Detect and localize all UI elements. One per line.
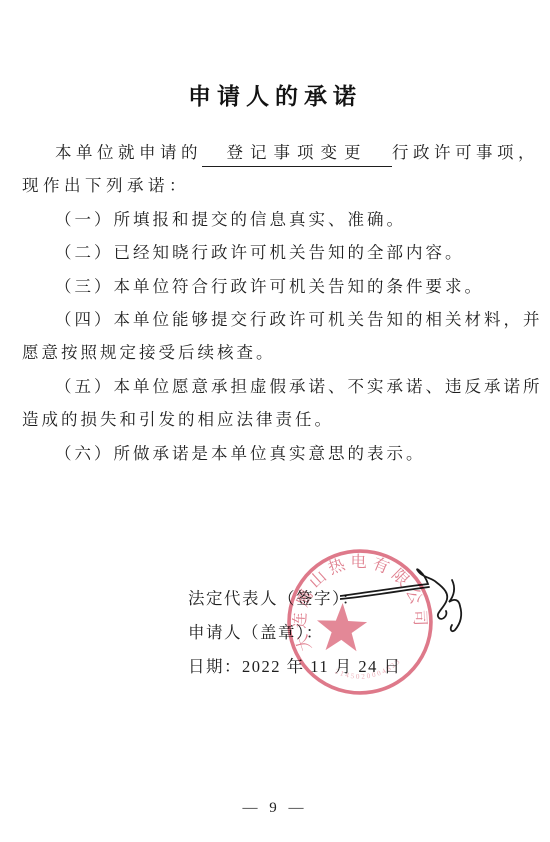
- page-title: 申请人的承诺: [0, 78, 550, 111]
- signature-block: 法定代表人（签字）： 申请人（盖章）： 日期：2022 年 11 月 24 日: [188, 582, 402, 684]
- commitment-item-5: （五）本单位愿意承担虚假承诺、不实承诺、违反承诺所: [22, 370, 528, 403]
- document-page: 申请人的承诺 本单位就申请的登记事项变更行政许可事项， 现作出下列承诺： （一）…: [0, 0, 550, 842]
- signature-stroke-flick: [449, 580, 461, 631]
- filled-blank-permit-type: 登记事项变更: [202, 140, 392, 167]
- commitment-item-2: （二）已经知晓行政许可机关告知的全部内容。: [22, 236, 528, 269]
- intro-pre-text: 本单位就申请的: [55, 143, 202, 162]
- commitment-item-4-wrap: 愿意按照规定接受后续核查。: [22, 336, 528, 369]
- intro-line-2: 现作出下列承诺：: [22, 169, 528, 202]
- document-body: 本单位就申请的登记事项变更行政许可事项， 现作出下列承诺： （一）所填报和提交的…: [22, 136, 528, 470]
- date-line: 日期：2022 年 11 月 24 日: [188, 650, 402, 684]
- applicant-seal-label: 申请人（盖章）：: [188, 616, 402, 650]
- commitment-item-6: （六）所做承诺是本单位真实意思的表示。: [22, 437, 528, 470]
- commitment-item-3: （三）本单位符合行政许可机关告知的条件要求。: [22, 270, 528, 303]
- commitment-item-5-wrap: 造成的损失和引发的相应法律责任。: [22, 403, 528, 436]
- legal-representative-signature-label: 法定代表人（签字）：: [188, 582, 402, 616]
- page-number: — 9 —: [0, 800, 550, 817]
- intro-post-text: 行政许可事项，: [392, 143, 539, 162]
- commitment-item-1: （一）所填报和提交的信息真实、准确。: [22, 203, 528, 236]
- intro-line: 本单位就申请的登记事项变更行政许可事项，: [22, 136, 528, 169]
- commitment-item-4: （四）本单位能够提交行政许可机关告知的相关材料，并: [22, 303, 528, 336]
